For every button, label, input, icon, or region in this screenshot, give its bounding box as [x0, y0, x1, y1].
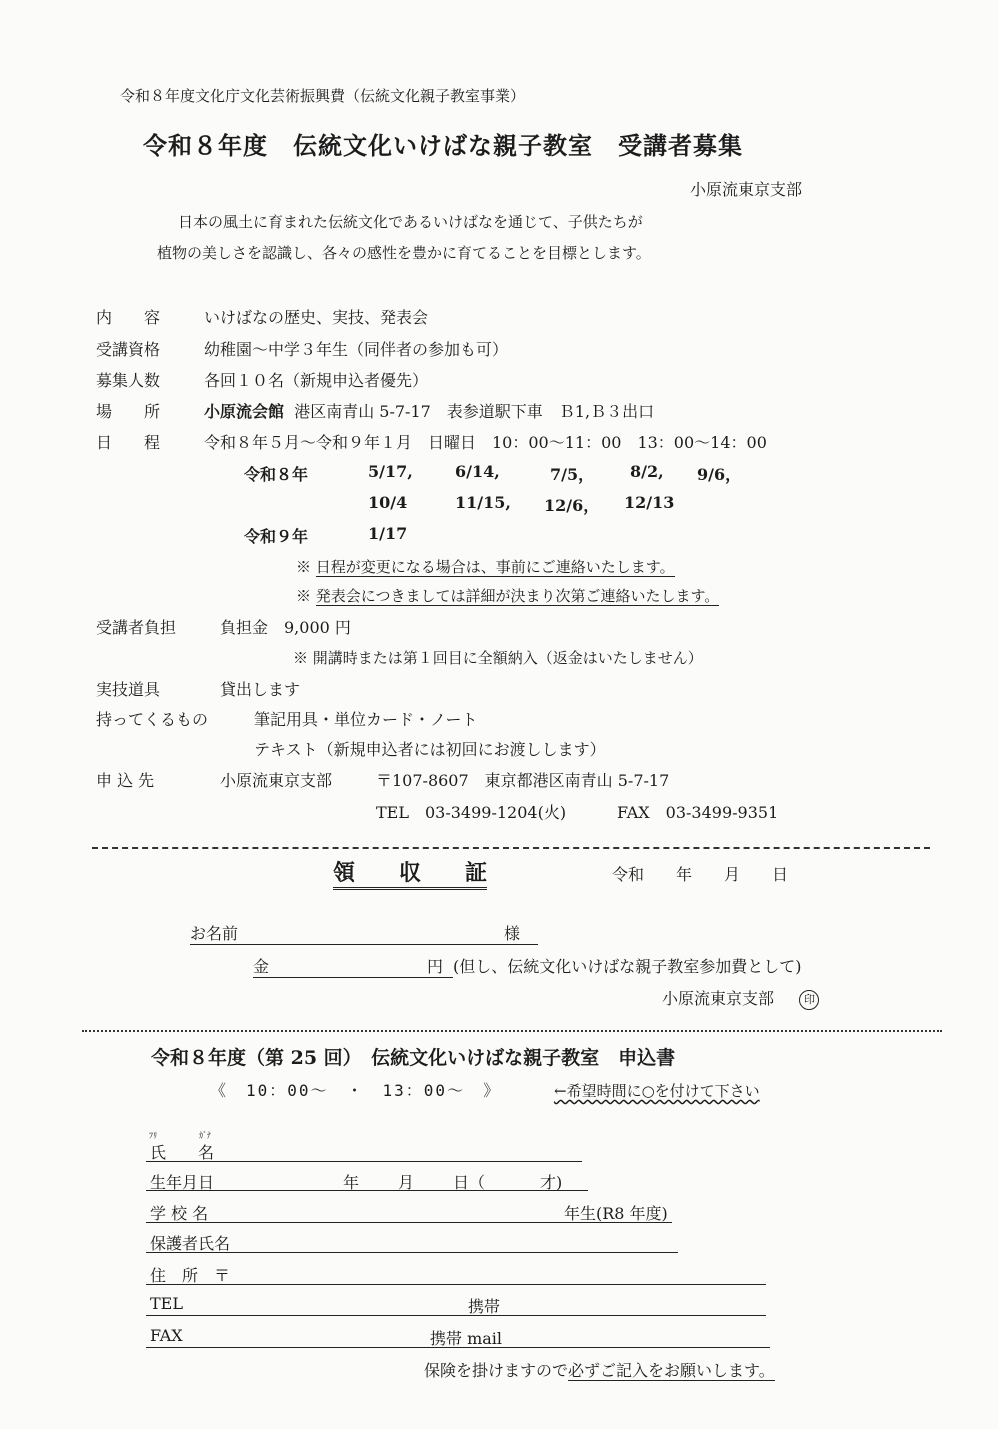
cut-line [92, 847, 930, 849]
school-field[interactable] [146, 1222, 672, 1223]
tools-value: 貸出します [220, 680, 300, 699]
address-label: 住 所 〒 [150, 1263, 230, 1286]
page-title: 令和８年度 伝統文化いけばな親子教室 受講者募集 [143, 126, 743, 161]
venue-name: 小原流会館 [204, 402, 284, 421]
note-text: 日程が変更になる場合は、事前にご連絡いたします。 [316, 558, 675, 577]
note-mark: ※ [296, 587, 311, 605]
detail-location: 場 所小原流会館 港区南青山 5-7-17 表参道駅下車 Ｂ1,Ｂ３出口 [96, 399, 654, 422]
tools-row: 実技道具貸出します [96, 677, 300, 700]
detail-eligibility: 受講資格幼稚園～中学３年生（同伴者の参加も可） [96, 337, 508, 360]
time-options[interactable]: 《 10：00～ ・ 13：00～ 》 [210, 1078, 501, 1101]
insurance-note: 保険を掛けますので必ずご記入をお願いします。 [424, 1358, 775, 1381]
fees-label: 受講者負担 [96, 615, 220, 638]
schedule-note-2: ※ 発表会につきましては詳細が決まり次第ご連絡いたします。 [296, 585, 719, 606]
receipt-purpose: (但し、伝統文化いけばな親子教室参加費として) [453, 957, 802, 976]
receipt-name-suffix: 様 [504, 921, 520, 944]
year2-label: 令和９年 [244, 524, 308, 547]
detail-schedule: 日 程令和８年５月～令和９年１月 日曜日 10：00～11：00 13：00～1… [96, 430, 767, 453]
date: 12/6， [544, 493, 599, 516]
note-text: 発表会につきましては詳細が決まり次第ご連絡いたします。 [316, 587, 720, 606]
date: 7/5， [550, 462, 594, 485]
date: 12/13 [624, 493, 674, 512]
receipt-name-label: お名前 [190, 924, 238, 943]
birthdate-field[interactable] [146, 1190, 588, 1191]
date: 5/17, [368, 462, 413, 481]
date: 9/6， [697, 462, 741, 485]
contact-tel: TEL 03-3499-1204(火) [376, 800, 566, 823]
detail-value: 港区南青山 5-7-17 表参道駅下車 Ｂ1,Ｂ３出口 [294, 402, 654, 421]
detail-label: 受講資格 [96, 337, 204, 360]
fax-field[interactable] [146, 1347, 770, 1348]
tel-label: TEL [150, 1294, 183, 1313]
tools-label: 実技道具 [96, 677, 220, 700]
guardian-field[interactable] [146, 1252, 678, 1253]
name-label: 氏 名 [150, 1140, 214, 1163]
amount-label: 金 [253, 957, 269, 976]
receipt-issuer: 小原流東京支部 [662, 989, 774, 1008]
detail-value: 各回１０名（新規申込者優先） [204, 371, 428, 390]
guardian-label: 保護者氏名 [150, 1231, 230, 1254]
time-instruction: ←希望時間に○を付けて下さい [554, 1080, 760, 1101]
detail-label: 場 所 [96, 399, 204, 422]
seal-stamp-icon: 印 [799, 990, 819, 1010]
amount-suffix: 円 [427, 954, 443, 977]
mobile-mail-label: 携帯 mail [430, 1326, 502, 1349]
year1-label: 令和８年 [244, 462, 308, 485]
receipt-title: 領 収 証 [333, 856, 487, 890]
detail-label: 日 程 [96, 430, 204, 453]
fax-label: FAX [150, 1326, 183, 1345]
cut-line [82, 1030, 942, 1032]
note-mark: ※ [296, 558, 311, 576]
insurance-note-emphasis: 必ずご記入をお願いします。 [568, 1361, 775, 1381]
detail-value: 令和８年５月～令和９年１月 日曜日 10：00～11：00 13：00～14：0… [204, 433, 767, 452]
date: 8/2, [630, 462, 664, 481]
contact-address: 〒107-8607 東京都港区南青山 5-7-17 [376, 771, 669, 790]
detail-label: 募集人数 [96, 368, 204, 391]
intro-line-2: 植物の美しさを認識し、各々の感性を豊かに育てることを目標とします。 [157, 242, 651, 263]
application-title: 令和８年度（第 25 回） 伝統文化いけばな親子教室 申込書 [151, 1043, 675, 1070]
detail-capacity: 募集人数各回１０名（新規申込者優先） [96, 368, 428, 391]
bring-label: 持ってくるもの [96, 707, 254, 730]
name-field[interactable] [146, 1161, 582, 1162]
detail-value: 幼稚園～中学３年生（同伴者の参加も可） [204, 340, 508, 359]
detail-content: 内 容いけばなの歴史、実技、発表会 [96, 305, 428, 328]
school-label: 学 校 名 [150, 1201, 208, 1224]
bring-value-2: テキスト（新規申込者には初回にお渡しします） [254, 737, 606, 760]
subsidy-line: 令和８年度文化庁文化芸術振興費（伝統文化親子教室事業） [120, 85, 525, 106]
contact-label: 申 込 先 [96, 768, 220, 791]
grade-label: 年生(R8 年度) [564, 1201, 668, 1224]
tel-field[interactable] [146, 1315, 766, 1316]
bring-value-1: 筆記用具・単位カード・ノート [254, 710, 478, 729]
contact-row: 申 込 先小原流東京支部〒107-8607 東京都港区南青山 5-7-17 [96, 768, 669, 791]
organizer: 小原流東京支部 [690, 177, 802, 200]
intro-line-1: 日本の風土に育まれた伝統文化であるいけばなを通じて、子供たちが [178, 211, 643, 232]
receipt-issuer-row: 小原流東京支部 印 [662, 986, 819, 1010]
schedule-note-1: ※ 日程が変更になる場合は、事前にご連絡いたします。 [296, 556, 675, 577]
fees-value: 負担金 9,000 円 [220, 618, 351, 637]
address-field[interactable] [146, 1284, 766, 1285]
date: 1/17 [368, 524, 407, 543]
date: 10/4 [368, 493, 407, 512]
bring-row: 持ってくるもの筆記用具・単位カード・ノート [96, 707, 478, 730]
detail-value: いけばなの歴史、実技、発表会 [204, 308, 428, 327]
date: 11/15, [455, 493, 511, 512]
receipt-amount-field[interactable]: 金円 [253, 954, 453, 978]
date: 6/14, [455, 462, 500, 481]
fees-row: 受講者負担負担金 9,000 円 [96, 615, 351, 638]
receipt-amount-row: 金円(但し、伝統文化いけばな親子教室参加費として) [253, 954, 802, 978]
fees-note: ※ 開講時または第１回目に全額納入（返金はいたしません） [293, 647, 703, 668]
receipt-date: 令和 年 月 日 [612, 862, 788, 885]
receipt-name-field[interactable]: お名前 様 [190, 921, 538, 945]
detail-label: 内 容 [96, 305, 204, 328]
mobile-label: 携帯 [468, 1294, 500, 1317]
contact-fax: FAX 03-3499-9351 [617, 800, 778, 823]
contact-org: 小原流東京支部 [220, 768, 376, 791]
insurance-note-text: 保険を掛けますので [424, 1361, 568, 1380]
